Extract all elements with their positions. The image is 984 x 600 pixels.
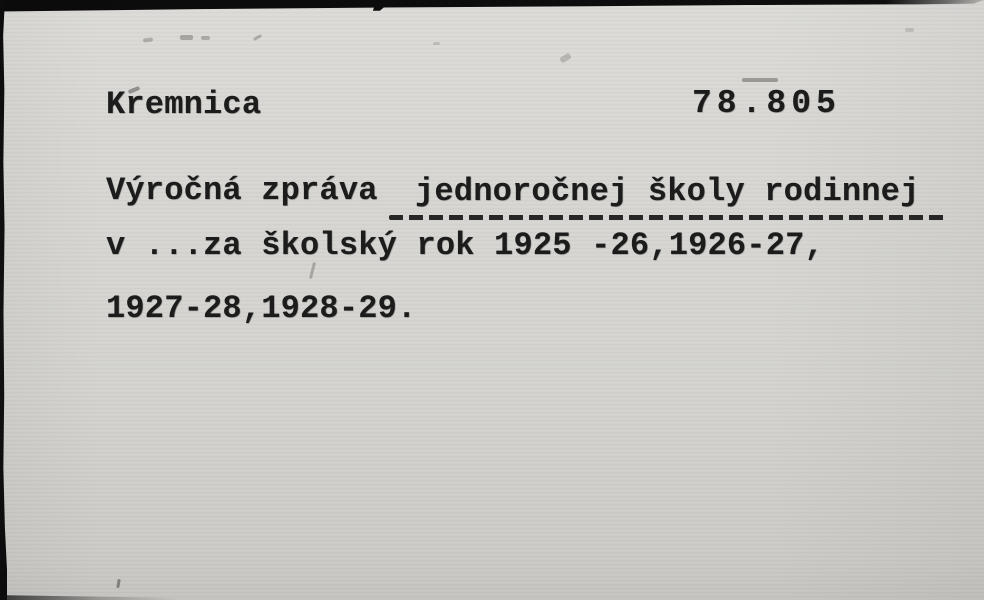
smudge-mark [201,36,210,40]
smudge-mark [143,37,153,42]
smudge-mark [116,579,121,588]
title-underlined-text: jednoročnej školy rodinnej [415,176,919,208]
title-prefix: Výročná zpráva [106,175,378,207]
card-heading: Kremnica [106,89,261,121]
smudge-mark [905,28,914,32]
body-line-3: 1927-28,1928-29. [106,293,416,325]
smudge-mark [559,53,572,64]
scratch-mark [309,262,316,279]
dashed-underline [389,215,945,220]
body-line-2: v ...za školský rok 1925 -26,1926-27, [106,230,824,262]
catalog-card: Kremnica 78.805 Výročná zpráva jednoročn… [0,0,984,600]
scan-edge-left [0,0,7,600]
smudge-mark [253,34,262,41]
smudge-mark [433,42,440,45]
catalog-number: 78.805 [692,87,841,120]
smudge-mark [180,35,193,40]
overline-mark [742,78,778,82]
scan-edge-bottom-left [0,593,180,600]
scan-edge-top [0,0,984,12]
